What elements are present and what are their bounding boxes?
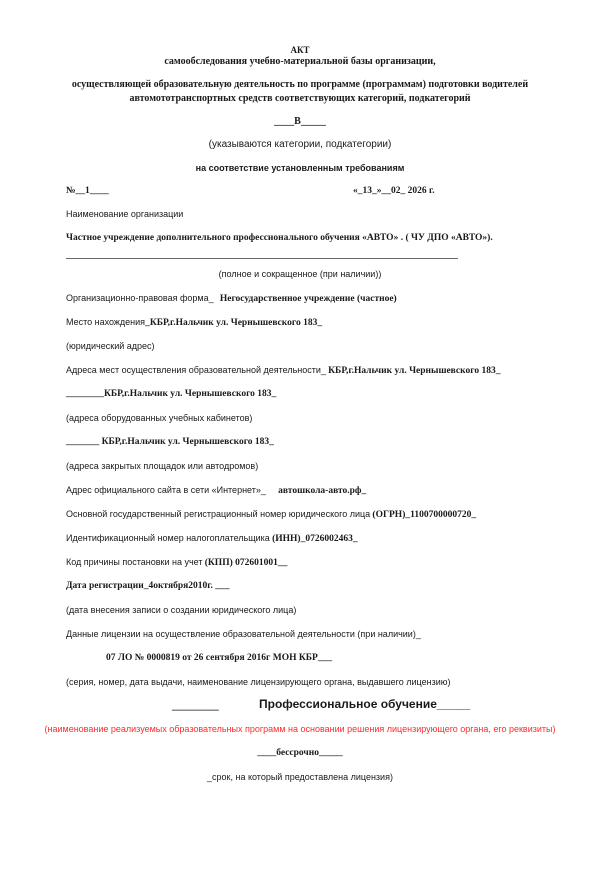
- program-prefix: _______: [172, 698, 219, 710]
- legal-form-value: Негосударственное учреждение (частное): [220, 294, 397, 304]
- document-title: АКТ: [0, 46, 600, 55]
- location-label: Место нахождения: [66, 317, 145, 327]
- license-label: Данные лицензии на осуществление образов…: [66, 630, 421, 639]
- underline-rule: [66, 258, 458, 259]
- legal-form-label: Организационно-правовая форма_: [66, 293, 214, 303]
- program-caption: (наименование реализуемых образовательны…: [0, 725, 600, 734]
- document-description-line1: осуществляющей образовательную деятельно…: [0, 80, 600, 90]
- activity-address-label: Адреса мест осуществления образовательно…: [66, 365, 326, 375]
- ogrn-label: Основной государственный регистрационный…: [66, 509, 370, 519]
- category-value: ____В_____: [0, 117, 600, 127]
- document-description-line2: автомототранспортных средств соответству…: [0, 94, 600, 104]
- org-name-label: Наименование организации: [66, 210, 183, 219]
- ogrn-row: Основной государственный регистрационный…: [66, 510, 476, 521]
- activity-address-row: Адреса мест осуществления образовательно…: [66, 366, 500, 377]
- inn-label: Идентификационный номер налогоплательщик…: [66, 533, 270, 543]
- legal-form-row: Организационно-правовая форма_ Негосудар…: [66, 294, 397, 305]
- license-caption: (серия, номер, дата выдачи, наименование…: [66, 678, 450, 687]
- license-term-caption: _срок, на который предоставлена лицензия…: [0, 773, 600, 782]
- license-term-value: ____бессрочно_____: [0, 749, 600, 759]
- registration-caption: (дата внесения записи о создании юридиче…: [66, 606, 296, 615]
- activity-address-value: КБР,г.Нальчик ул. Чернышевского 183_: [328, 366, 500, 376]
- document-page: АКТ самообследования учебно-материальной…: [0, 0, 600, 873]
- ogrn-value: (ОГРН)_1100700000720_: [372, 510, 476, 520]
- location-value: _КБР,г.Нальчик ул. Чернышевского 183_: [145, 318, 322, 328]
- kpp-label: Код причины постановки на учет: [66, 557, 203, 567]
- act-number: №__1____: [66, 187, 109, 197]
- location-caption: (юридический адрес): [66, 342, 155, 351]
- program-value: Профессиональное обучение_____: [259, 698, 470, 710]
- location-row: Место нахождения_КБР,г.Нальчик ул. Черны…: [66, 318, 322, 329]
- license-value: 07 ЛО № 0000819 от 26 сентября 2016г МОН…: [106, 654, 332, 664]
- classrooms-address-caption: (адреса оборудованных учебных кабинетов): [66, 414, 252, 423]
- compliance-heading: на соответствие установленным требования…: [0, 164, 600, 173]
- org-name-caption: (полное и сокращенное (при наличии)): [0, 270, 600, 279]
- org-name-value: Частное учреждение дополнительного профе…: [66, 234, 493, 244]
- website-row: Адрес официального сайта в сети «Интерне…: [66, 486, 366, 497]
- document-subtitle: самообследования учебно-материальной баз…: [0, 57, 600, 67]
- category-caption: (указываются категории, подкатегории): [0, 140, 600, 150]
- training-grounds-address-value: _______ КБР,г.Нальчик ул. Чернышевского …: [66, 438, 274, 448]
- kpp-row: Код причины постановки на учет (КПП) 072…: [66, 558, 287, 569]
- inn-value: (ИНН)_0726002463_: [272, 534, 358, 544]
- act-date: «_13_»__02_ 2026 г.: [353, 187, 435, 197]
- kpp-value: (КПП) 072601001__: [205, 558, 288, 568]
- website-value[interactable]: автошкола-авто.рф_: [278, 486, 366, 496]
- registration-date: Дата регистрации_4октября2010г. ___: [66, 582, 230, 592]
- classrooms-address-value: ________КБР,г.Нальчик ул. Чернышевского …: [66, 390, 276, 400]
- training-grounds-address-caption: (адреса закрытых площадок или автодромов…: [66, 462, 258, 471]
- inn-row: Идентификационный номер налогоплательщик…: [66, 534, 358, 545]
- website-label: Адрес официального сайта в сети «Интерне…: [66, 485, 266, 495]
